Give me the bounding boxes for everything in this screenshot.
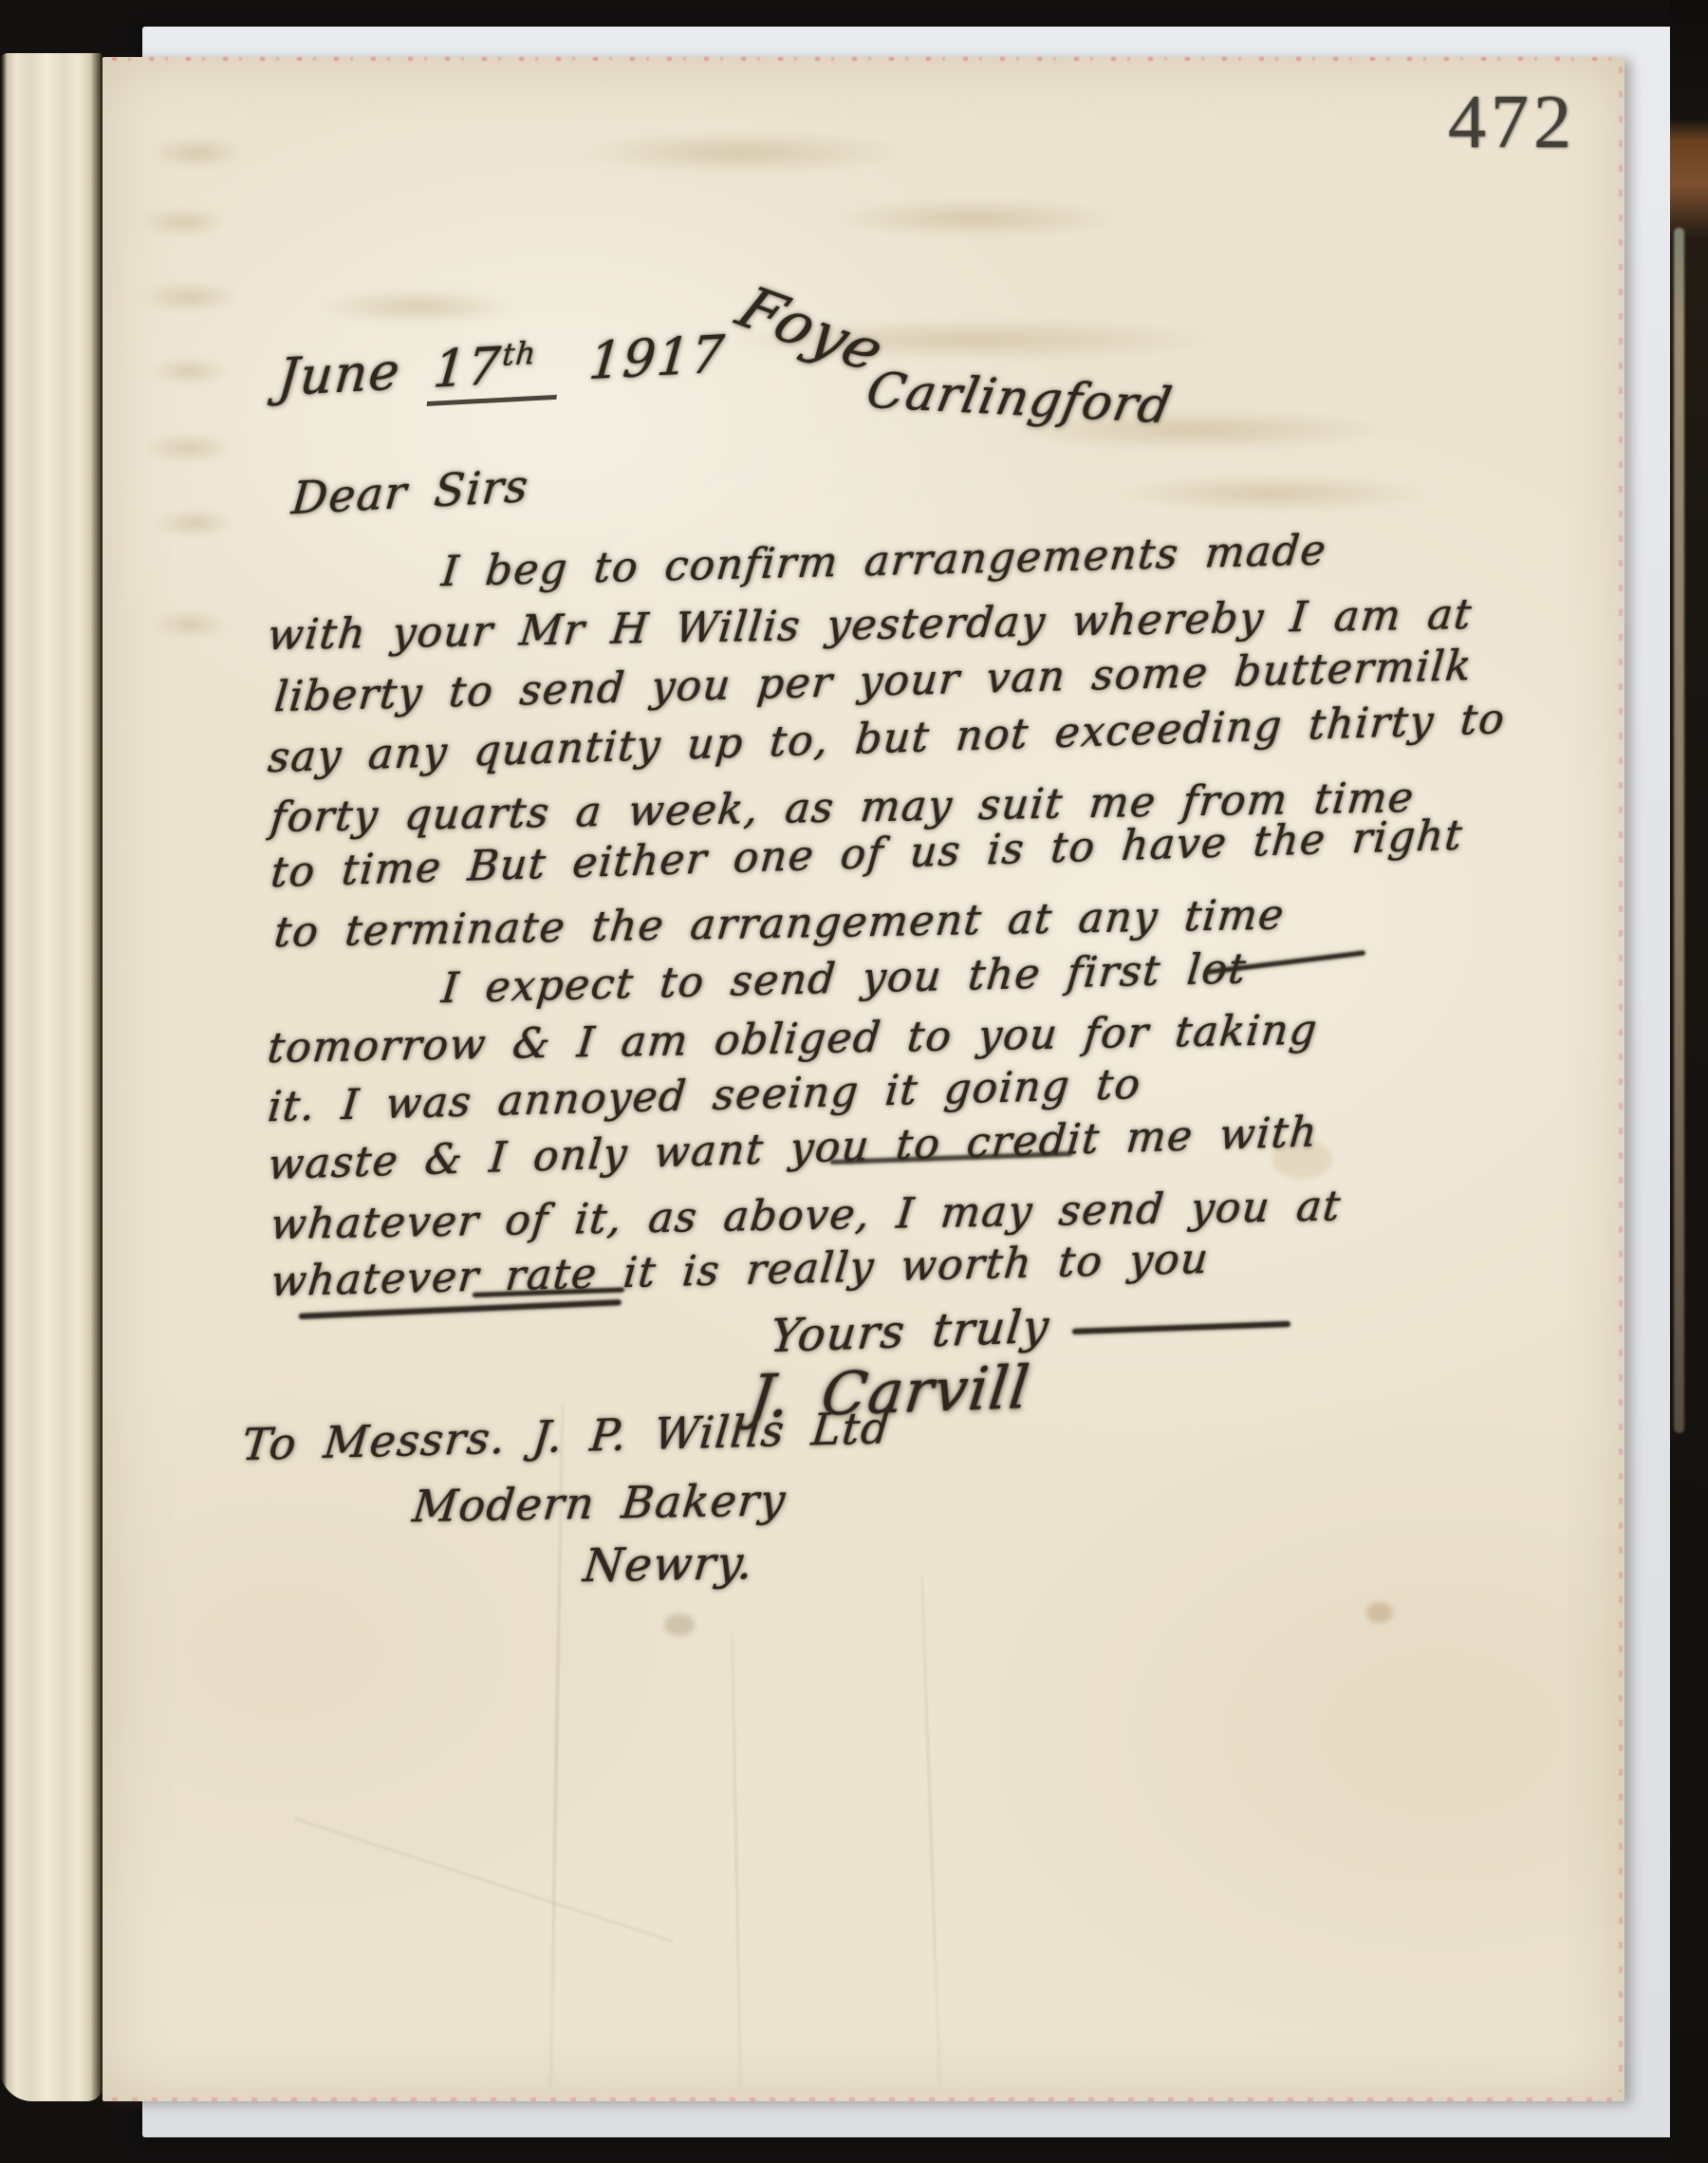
ghost-smudge	[140, 353, 239, 389]
ghost-smudge	[1072, 470, 1471, 517]
scanned-letter-page: 472 Foye Carlingford June 17th 1917 Dear…	[0, 0, 1708, 2163]
ghost-smudge	[127, 277, 252, 317]
ghost-smudge	[131, 429, 247, 467]
ghost-smudge	[142, 505, 247, 541]
ghost-smudge	[788, 195, 1158, 242]
date-day: 17th	[426, 332, 563, 406]
ghost-smudge	[138, 133, 256, 173]
recipient-line: Modern Bakery	[410, 1474, 789, 1532]
stain	[664, 1613, 695, 1636]
date-year: 1917	[586, 324, 728, 391]
ghost-smudge	[131, 204, 237, 240]
ghost-smudge	[531, 125, 949, 180]
recipient-line: Newry.	[581, 1537, 756, 1593]
ghost-smudge	[294, 285, 541, 328]
page-number-stamp: 472	[1448, 80, 1576, 166]
deckle-edge-speckles	[1619, 66, 1623, 2092]
date-month: June	[275, 341, 403, 407]
ghost-smudge	[142, 607, 237, 642]
book-binding-inner-edge	[1674, 228, 1684, 1433]
previous-page-fore-edge	[0, 53, 102, 2101]
stain	[1366, 1602, 1393, 1623]
